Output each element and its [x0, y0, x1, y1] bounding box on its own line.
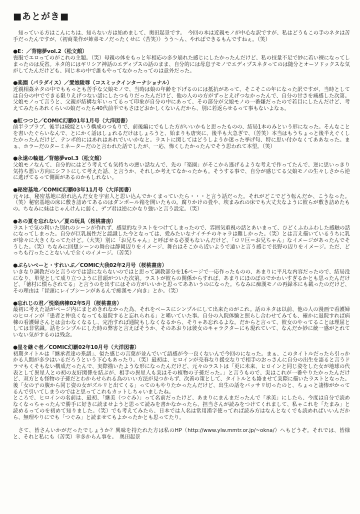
afterword-section: ●忘れじの君／悦楽病棟02年5月（桜桃書房） 最初に考えた話がページ内にまとめき…: [13, 300, 350, 338]
afterword-section: ●永遠の輪廻／背徳夢vol.3（松文館） 父娘モノなんて、自分的にはどう考えても…: [13, 156, 350, 181]
section-body: 元々は、秘密基地に紛れ込んだ女を宇宙人と思い込んでかくまっていたら・・・と言う話…: [13, 193, 350, 212]
section-body: 喪服でエロってのがこれの主題。（笑）母親の体をもっと年相応の多少崩れた感じにした…: [13, 55, 350, 74]
section-body: 父娘モノなんて、自分的にはどう考えても気持ちの悪い話なんで、先の「楽園」がそこか…: [13, 162, 350, 181]
sections: ●E：／背徳夢vol.2（松文館） 喪服でエロってのがこれの主題。（笑）母親の体…: [13, 49, 350, 421]
closing-paragraph: さて、皆さんいかがだったでしょうか？興味を持たれた方は私のHP（http://w…: [13, 428, 350, 441]
section-body: ラストで気の利いた別れのシーンが作れず、感覚的なラストをつけてしまったので、雰囲…: [13, 225, 350, 257]
section-body: 前半ラブラブ、後半は破綻という構成のつもりで、前後編にでもした方がいいかもと思っ…: [13, 124, 350, 149]
afterword-section: ●あの夏を忘れない／夏の玩具（桜桃書房） ラストで気の利いた別れのシーンが作れず…: [13, 218, 350, 256]
afterword-section: ●虹つつじ／COMIC幻覇01年1月号（大洋図書） 前半ラブラブ、後半は破綻とい…: [13, 118, 350, 150]
afterword-intro: 知っている方はこんにちは、知らない方は始めまして、奥田起景です。 今回の本は近親…: [13, 30, 350, 43]
afterword-section: ●E：／背徳夢vol.2（松文館） 喪服でエロってのがこれの主題。（笑）母親の体…: [13, 49, 350, 74]
afterword-page: ■あとがき■ 知っている方はこんにちは、知らない方は始めまして、奥田起景です。 …: [0, 0, 360, 514]
section-body: 初期タイトルは「継承者達の系譜」、似た感じの言葉が並んでいて語感が今一良くないん…: [13, 351, 350, 421]
page-title: ■あとがき■: [13, 12, 350, 22]
section-body: いきなり調教だのと言うのでは話にならないのではと思って調教部分を16ページで一応…: [13, 269, 350, 294]
afterword-section: ●楽園（パラダイス）／愛娘陵辱（コスミックインターナショナル） 近親相姦ネタの中…: [13, 80, 350, 112]
section-body: 近親相姦ネタの中でももっとも苦手な父娘モノで、当時は娘の年齢を下げるのには抵抗が…: [13, 86, 350, 111]
afterword-section: ●星を継ぐ者／COMIC幻覇02年10月号（大洋図書） 初期タイトルは「継承者達…: [13, 344, 350, 420]
section-body: 最初に考えた話がページ内にまとめきれなかった為、それをベースにシンプルにして出来…: [13, 307, 350, 339]
afterword-section: ●ぷらいべーと・すれいぶ／COMIC大我02年2月号（桜桃書房） いきなり調教だ…: [13, 263, 350, 295]
afterword-section: ●秘密基地／COMIC幻覇03年11月号（大洋図書） 元々は、秘密基地に紛れ込ん…: [13, 187, 350, 212]
